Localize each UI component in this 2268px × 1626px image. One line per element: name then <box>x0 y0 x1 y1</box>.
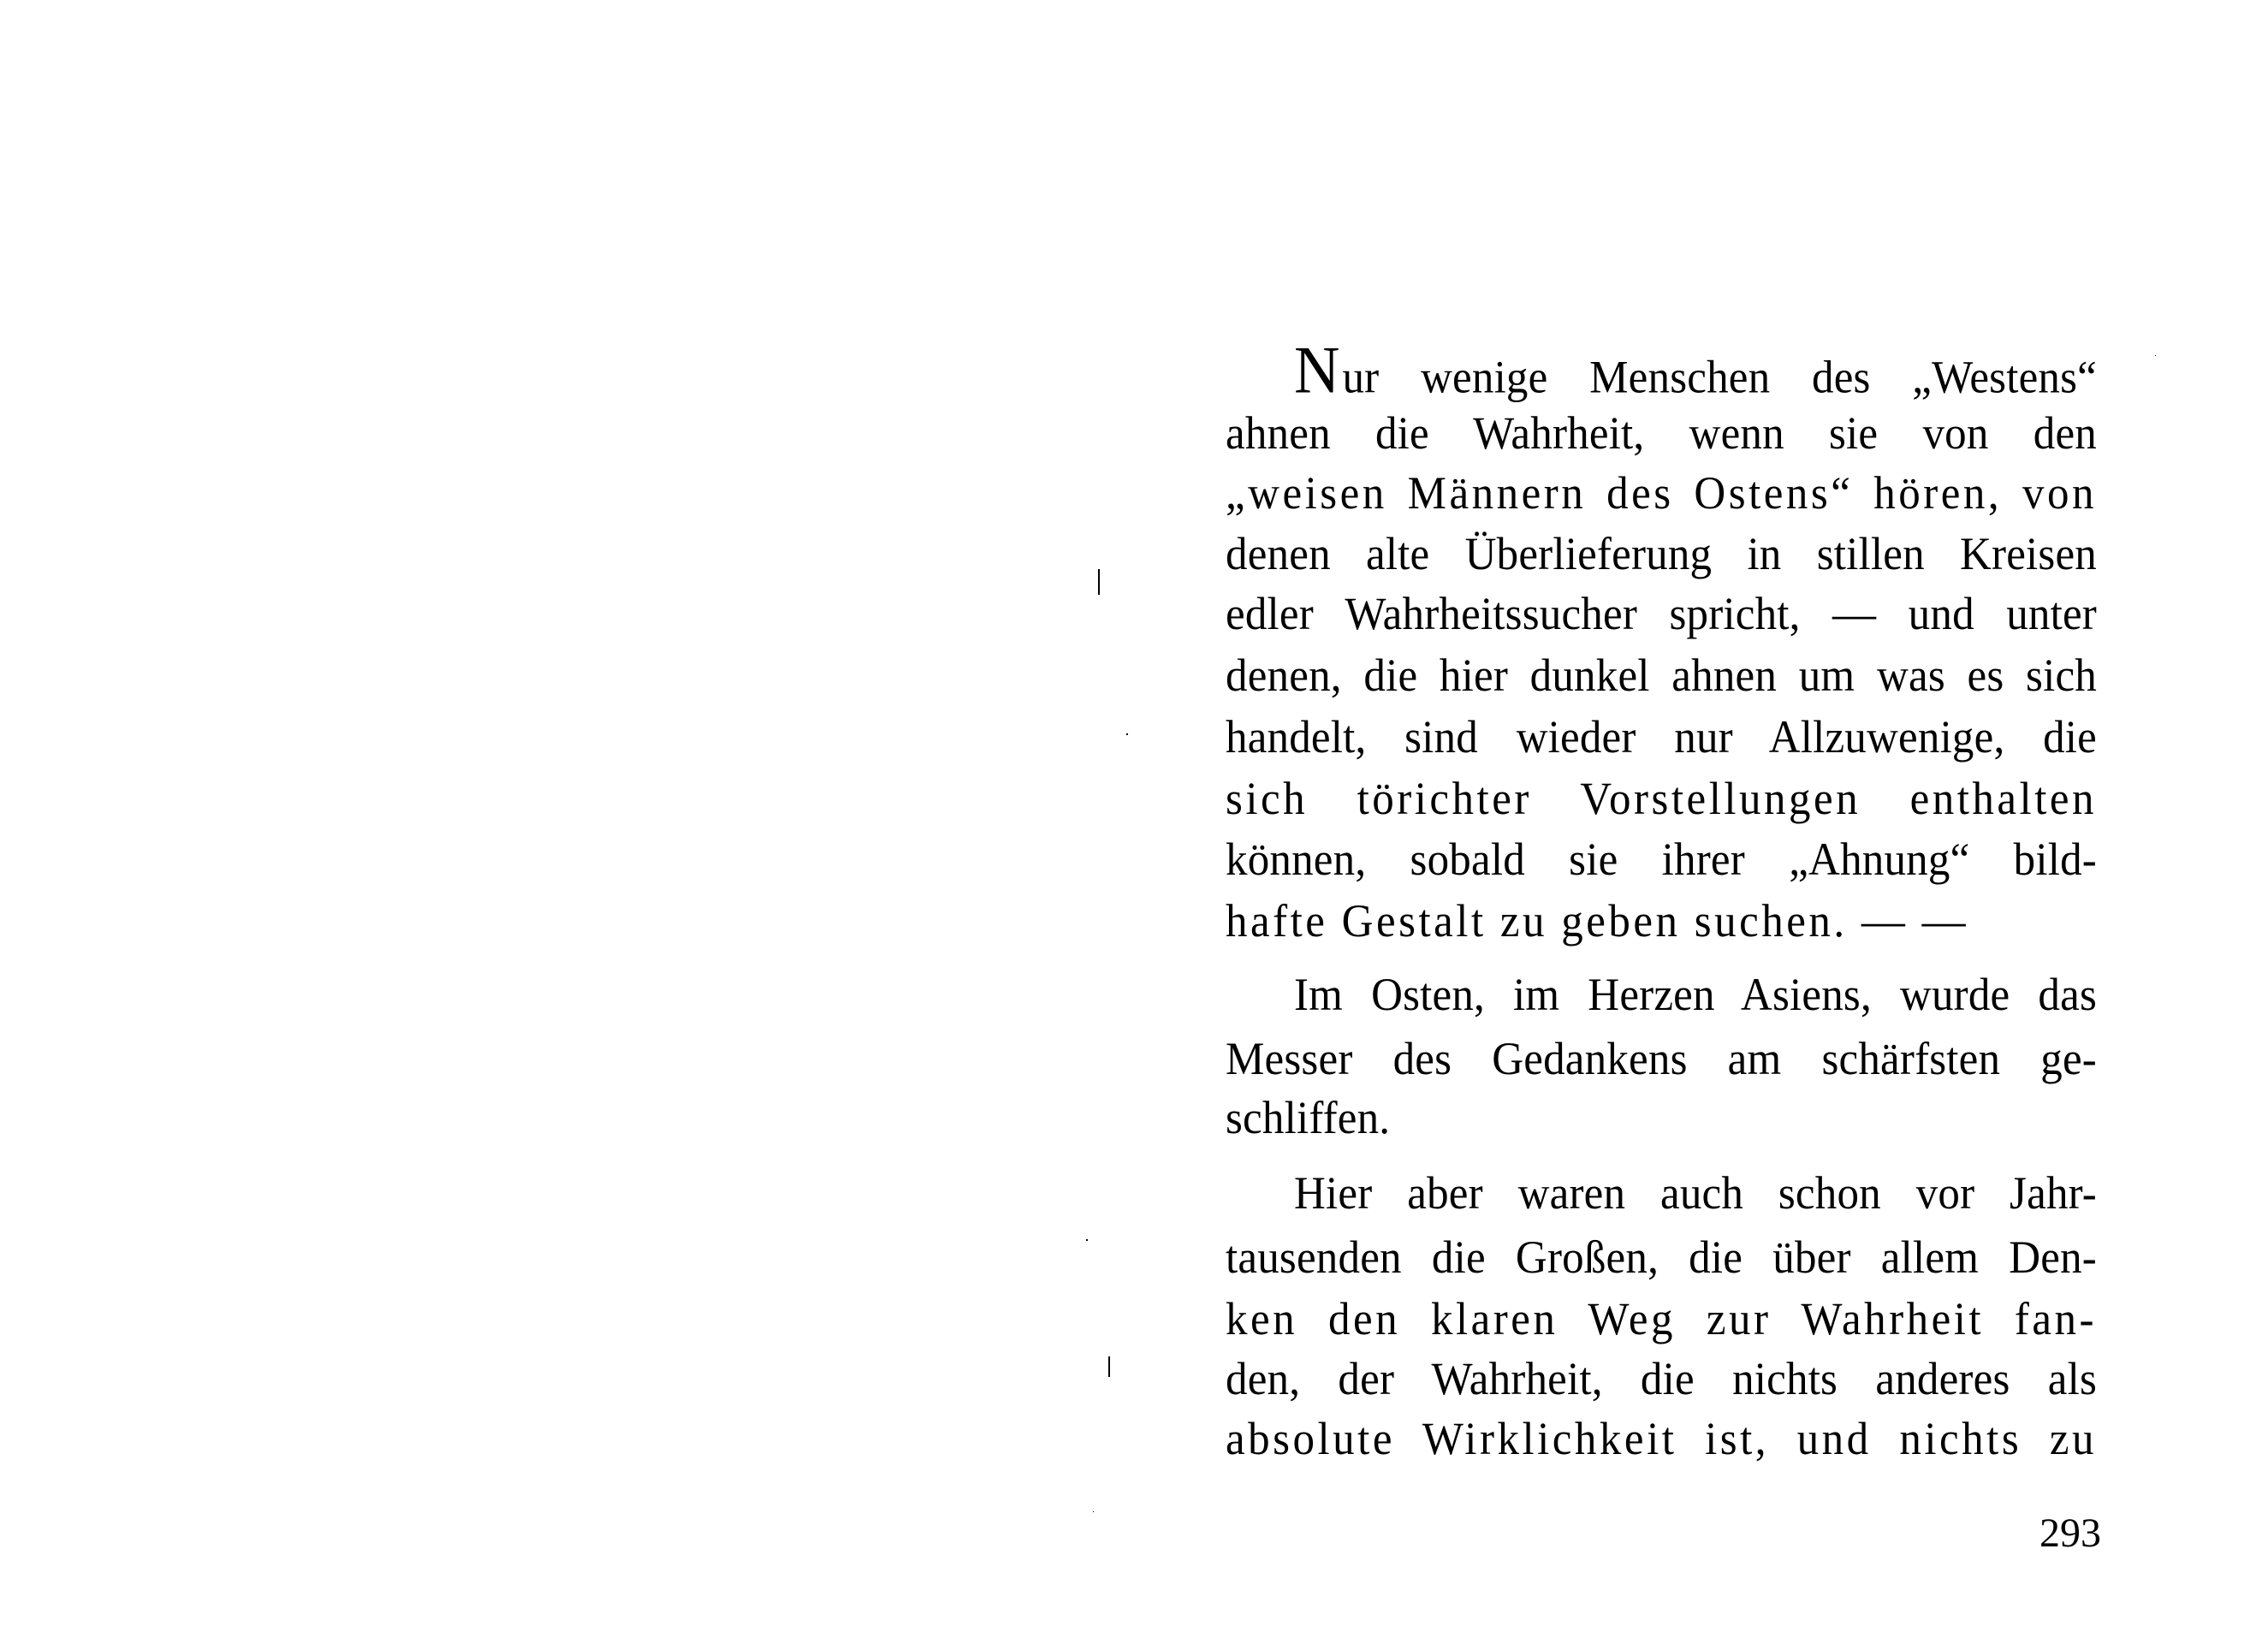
text-line: ken den klaren Weg zur Wahrheit fan- <box>1226 1292 2097 1347</box>
page-number: 293 <box>2039 1508 2101 1559</box>
scan-artifact-dot <box>1126 733 1128 735</box>
text-line: Hier aber waren auch schon vor Jahr- <box>1294 1166 2097 1221</box>
text-line: können, sobald sie ihrer „Ahnung“ bild- <box>1226 833 2097 887</box>
text-line: denen alte Überlieferung in stillen Krei… <box>1226 527 2097 582</box>
text-line: denen, die hier dunkel ahnen um was es s… <box>1226 649 2097 703</box>
text-line: tausenden die Großen, die über allem Den… <box>1226 1231 2097 1285</box>
text-line: sich törichter Vorstellungen enthalten <box>1226 772 2097 827</box>
text-line: Nur wenige Menschen des „Westens“ <box>1294 343 2097 398</box>
text-line: den, der Wahrheit, die nichts anderes al… <box>1226 1352 2097 1407</box>
book-page-spread: Nur wenige Menschen des „Westens“ ahnen … <box>0 0 2268 1626</box>
text-line: ahnen die Wahrheit, wenn sie von den <box>1226 406 2097 461</box>
scan-artifact-mark <box>1098 569 1100 595</box>
text-line: handelt, sind wieder nur Allzuwenige, di… <box>1226 710 2097 765</box>
scan-artifact-mark <box>1108 1356 1110 1377</box>
text-line: hafte Gestalt zu geben suchen. — — <box>1226 894 2097 949</box>
dropcap-letter: N <box>1294 334 1342 408</box>
text-line: edler Wahrheitssucher spricht, — und unt… <box>1226 587 2097 642</box>
scan-artifact-dot <box>2155 355 2156 356</box>
text-line: Im Osten, im Herzen Asiens, wurde das <box>1294 968 2097 1023</box>
text-line: „weisen Männern des Ostens“ hören, von <box>1226 466 2097 521</box>
scan-artifact-dot <box>1086 1239 1088 1241</box>
text-line: Messer des Gedankens am schärfsten ge- <box>1226 1032 2097 1087</box>
text-line: absolute Wirklichkeit ist, und nichts zu <box>1226 1412 2097 1467</box>
scan-artifact-dot <box>1093 1511 1094 1512</box>
text-line: schliffen. <box>1226 1091 2097 1146</box>
